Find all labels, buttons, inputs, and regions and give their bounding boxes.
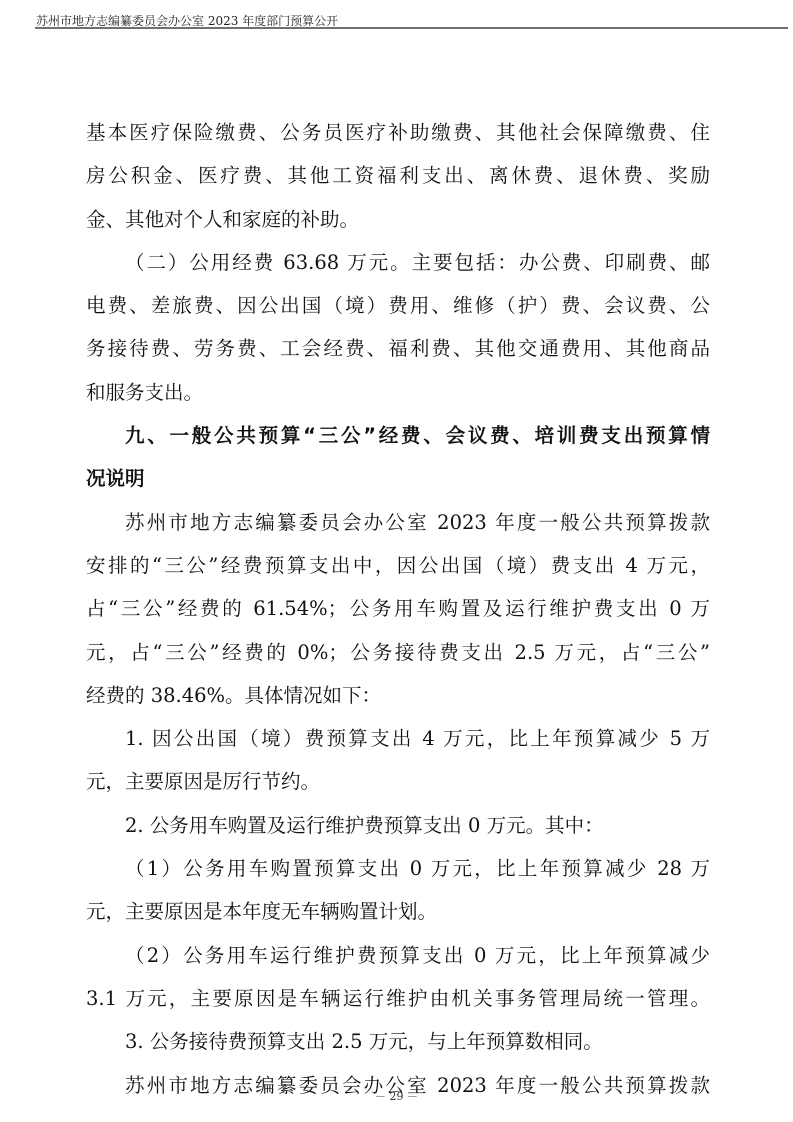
- paragraph-line: （2）公务用车运行维护费预算支出 0 万元，比上年预算减少: [86, 934, 710, 977]
- header-divider: [35, 27, 788, 29]
- paragraph-line: 金、其他对个人和家庭的补助。: [86, 198, 710, 241]
- paragraph-line: 3. 公务接待费预算支出 2.5 万元，与上年预算数相同。: [86, 1020, 710, 1063]
- paragraph-line: 3.1 万元，主要原因是车辆运行维护由机关事务管理局统一管理。: [86, 977, 710, 1020]
- paragraph-line: 安排的“三公”经费预算支出中，因公出国（境）费支出 4 万元，: [86, 544, 710, 587]
- paragraph-line: 2. 公务用车购置及运行维护费预算支出 0 万元。其中：: [86, 804, 710, 847]
- paragraph-line: 电费、差旅费、因公出国（境）费用、维修（护）费、会议费、公: [86, 284, 710, 327]
- paragraph-line: 元，占“三公”经费的 0%；公务接待费支出 2.5 万元，占“三公”: [86, 631, 710, 674]
- paragraph-line: 经费的 38.46%。具体情况如下：: [86, 674, 710, 717]
- page-number: － 29 －: [0, 1088, 793, 1104]
- paragraph-line: 苏州市地方志编纂委员会办公室 2023 年度一般公共预算拨款: [86, 501, 710, 544]
- paragraph-line: 房公积金、医疗费、其他工资福利支出、离休费、退休费、奖励: [86, 154, 710, 197]
- paragraph-line: 元，主要原因是本年度无车辆购置计划。: [86, 890, 710, 933]
- paragraph-line: 元，主要原因是厉行节约。: [86, 760, 710, 803]
- paragraph-line: 务接待费、劳务费、工会经费、福利费、其他交通费用、其他商品: [86, 327, 710, 370]
- paragraph-line: 和服务支出。: [86, 371, 710, 414]
- section-heading-line: 况说明: [86, 457, 710, 500]
- paragraph-line: 占“三公”经费的 61.54%；公务用车购置及运行维护费支出 0 万: [86, 587, 710, 630]
- paragraph-line: 基本医疗保险缴费、公务员医疗补助缴费、其他社会保障缴费、住: [86, 111, 710, 154]
- section-heading-line: 九、一般公共预算“三公”经费、会议费、培训费支出预算情: [86, 414, 710, 457]
- paragraph-line: （二）公用经费 63.68 万元。主要包括：办公费、印刷费、邮: [86, 241, 710, 284]
- document-body: 基本医疗保险缴费、公务员医疗补助缴费、其他社会保障缴费、住房公积金、医疗费、其他…: [86, 111, 710, 1107]
- paragraph-line: 1. 因公出国（境）费预算支出 4 万元，比上年预算减少 5 万: [86, 717, 710, 760]
- paragraph-line: （1）公务用车购置预算支出 0 万元，比上年预算减少 28 万: [86, 847, 710, 890]
